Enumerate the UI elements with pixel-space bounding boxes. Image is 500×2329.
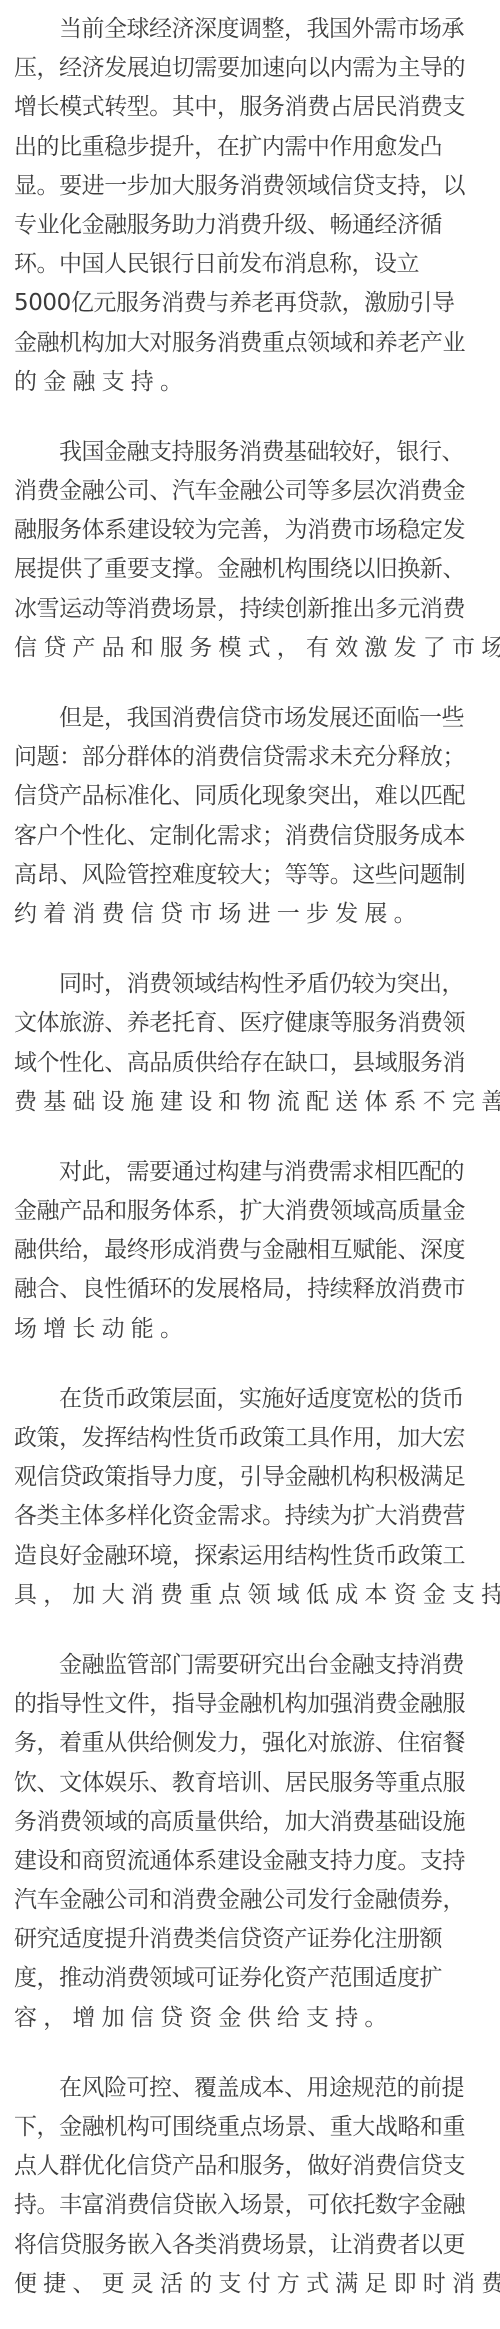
paragraph-line: 具，加大消费重点领域低成本资金支持。 (14, 1576, 494, 1615)
paragraph-line: 展提供了重要支撑。金融机构围绕以旧换新、 (14, 550, 494, 589)
paragraph-line: 度，推动消费领域可证券化资产范围适度扩 (14, 1959, 494, 1998)
paragraph-line: 持。丰富消费信贷嵌入场景，可依托数字金融 (14, 2186, 494, 2225)
paragraph-line: 金融产品和服务体系，扩大消费领域高质量金 (14, 1192, 494, 1231)
paragraph-line: 5000亿元服务消费与养老再贷款，激励引导 (14, 284, 494, 323)
paragraph-line: 冰雪运动等消费场景，持续创新推出多元消费 (14, 590, 494, 629)
paragraph-line: 我国金融支持服务消费基础较好，银行、 (14, 433, 494, 472)
paragraph-line: 将信贷服务嵌入各类消费场景，让消费者以更 (14, 2226, 494, 2265)
article-paragraph: 对此，需要通过构建与消费需求相匹配的金融产品和服务体系，扩大消费领域高质量金融供… (14, 1153, 494, 1349)
paragraph-line: 的金融支持。 (14, 363, 494, 402)
paragraph-line: 在货币政策层面，实施好适度宽松的货币 (14, 1380, 494, 1419)
paragraph-line: 增长模式转型。其中，服务消费占居民消费支 (14, 88, 494, 127)
paragraph-line: 务，着重从供给侧发力，强化对旅游、住宿餐 (14, 1724, 494, 1763)
paragraph-line: 下，金融机构可围绕重点场景、重大战略和重 (14, 2108, 494, 2147)
paragraph-line: 各类主体多样化资金需求。持续为扩大消费营 (14, 1497, 494, 1536)
paragraph-line: 便捷、更灵活的支付方式满足即时消费需求。 (14, 2265, 494, 2304)
paragraph-line: 费基础设施建设和物流配送体系不完善。 (14, 1083, 494, 1122)
paragraph-line: 融合、良性循环的发展格局，持续释放消费市 (14, 1270, 494, 1309)
article-paragraph: 当前全球经济深度调整，我国外需市场承压，经济发展迫切需要加速向以内需为主导的增长… (14, 10, 494, 402)
article-body: 当前全球经济深度调整，我国外需市场承压，经济发展迫切需要加速向以内需为主导的增长… (14, 10, 494, 2329)
paragraph-line: 政策，发挥结构性货币政策工具作用，加大宏 (14, 1419, 494, 1458)
paragraph-line: 建设和商贸流通体系建设金融支持力度。支持 (14, 1842, 494, 1881)
paragraph-line: 专业化金融服务助力消费升级、畅通经济循 (14, 206, 494, 245)
paragraph-line: 显。要进一步加大服务消费领域信贷支持，以 (14, 167, 494, 206)
paragraph-line: 在风险可控、覆盖成本、用途规范的前提 (14, 2069, 494, 2108)
paragraph-line: 对此，需要通过构建与消费需求相匹配的 (14, 1153, 494, 1192)
paragraph-line: 容，增加信贷资金供给支持。 (14, 1999, 494, 2038)
paragraph-line: 文体旅游、养老托育、医疗健康等服务消费领 (14, 1004, 494, 1043)
paragraph-line: 场增长动能。 (14, 1310, 494, 1349)
paragraph-line: 金融机构加大对服务消费重点领域和养老产业 (14, 324, 494, 363)
article-paragraph: 同时，消费领域结构性矛盾仍较为突出，文体旅游、养老托育、医疗健康等服务消费领域个… (14, 965, 494, 1122)
article-paragraph: 在风险可控、覆盖成本、用途规范的前提下，金融机构可围绕重点场景、重大战略和重点人… (14, 2069, 494, 2304)
article-paragraph: 但是，我国消费信贷市场发展还面临一些问题：部分群体的消费信贷需求未充分释放；信贷… (14, 699, 494, 934)
paragraph-line: 问题：部分群体的消费信贷需求未充分释放； (14, 738, 494, 777)
paragraph-line: 点人群优化信贷产品和服务，做好消费信贷支 (14, 2147, 494, 2186)
paragraph-line: 信贷产品标准化、同质化现象突出，难以匹配 (14, 777, 494, 816)
paragraph-line: 融供给，最终形成消费与金融相互赋能、深度 (14, 1231, 494, 1270)
paragraph-line: 高昂、风险管控难度较大；等等。这些问题制 (14, 856, 494, 895)
paragraph-line: 观信贷政策指导力度，引导金融机构积极满足 (14, 1458, 494, 1497)
paragraph-line: 融服务体系建设较为完善，为消费市场稳定发 (14, 511, 494, 550)
paragraph-line: 客户个性化、定制化需求；消费信贷服务成本 (14, 817, 494, 856)
article-paragraph: 金融监管部门需要研究出台金融支持消费的指导性文件，指导金融机构加强消费金融服务，… (14, 1646, 494, 2038)
paragraph-line: 务消费领域的高质量供给，加大消费基础设施 (14, 1803, 494, 1842)
paragraph-line: 当前全球经济深度调整，我国外需市场承 (14, 10, 494, 49)
paragraph-line: 饮、文体娱乐、教育培训、居民服务等重点服 (14, 1764, 494, 1803)
paragraph-line: 信贷产品和服务模式，有效激发了市场活力。 (14, 629, 494, 668)
paragraph-line: 压，经济发展迫切需要加速向以内需为主导的 (14, 49, 494, 88)
paragraph-line: 但是，我国消费信贷市场发展还面临一些 (14, 699, 494, 738)
article-paragraph: 在货币政策层面，实施好适度宽松的货币政策，发挥结构性货币政策工具作用，加大宏观信… (14, 1380, 494, 1615)
paragraph-line: 研究适度提升消费类信贷资产证券化注册额 (14, 1920, 494, 1959)
paragraph-line: 域个性化、高品质供给存在缺口，县域服务消 (14, 1044, 494, 1083)
article-paragraph: 我国金融支持服务消费基础较好，银行、消费金融公司、汽车金融公司等多层次消费金融服… (14, 433, 494, 668)
paragraph-line: 金融监管部门需要研究出台金融支持消费 (14, 1646, 494, 1685)
paragraph-line: 环。中国人民银行日前发布消息称，设立 (14, 245, 494, 284)
paragraph-line: 造良好金融环境，探索运用结构性货币政策工 (14, 1537, 494, 1576)
paragraph-line: 消费金融公司、汽车金融公司等多层次消费金 (14, 472, 494, 511)
paragraph-line: 的指导性文件，指导金融机构加强消费金融服 (14, 1685, 494, 1724)
paragraph-line: 约着消费信贷市场进一步发展。 (14, 895, 494, 934)
paragraph-line: 出的比重稳步提升，在扩内需中作用愈发凸 (14, 128, 494, 167)
paragraph-line: 同时，消费领域结构性矛盾仍较为突出， (14, 965, 494, 1004)
paragraph-line: 汽车金融公司和消费金融公司发行金融债券， (14, 1881, 494, 1920)
